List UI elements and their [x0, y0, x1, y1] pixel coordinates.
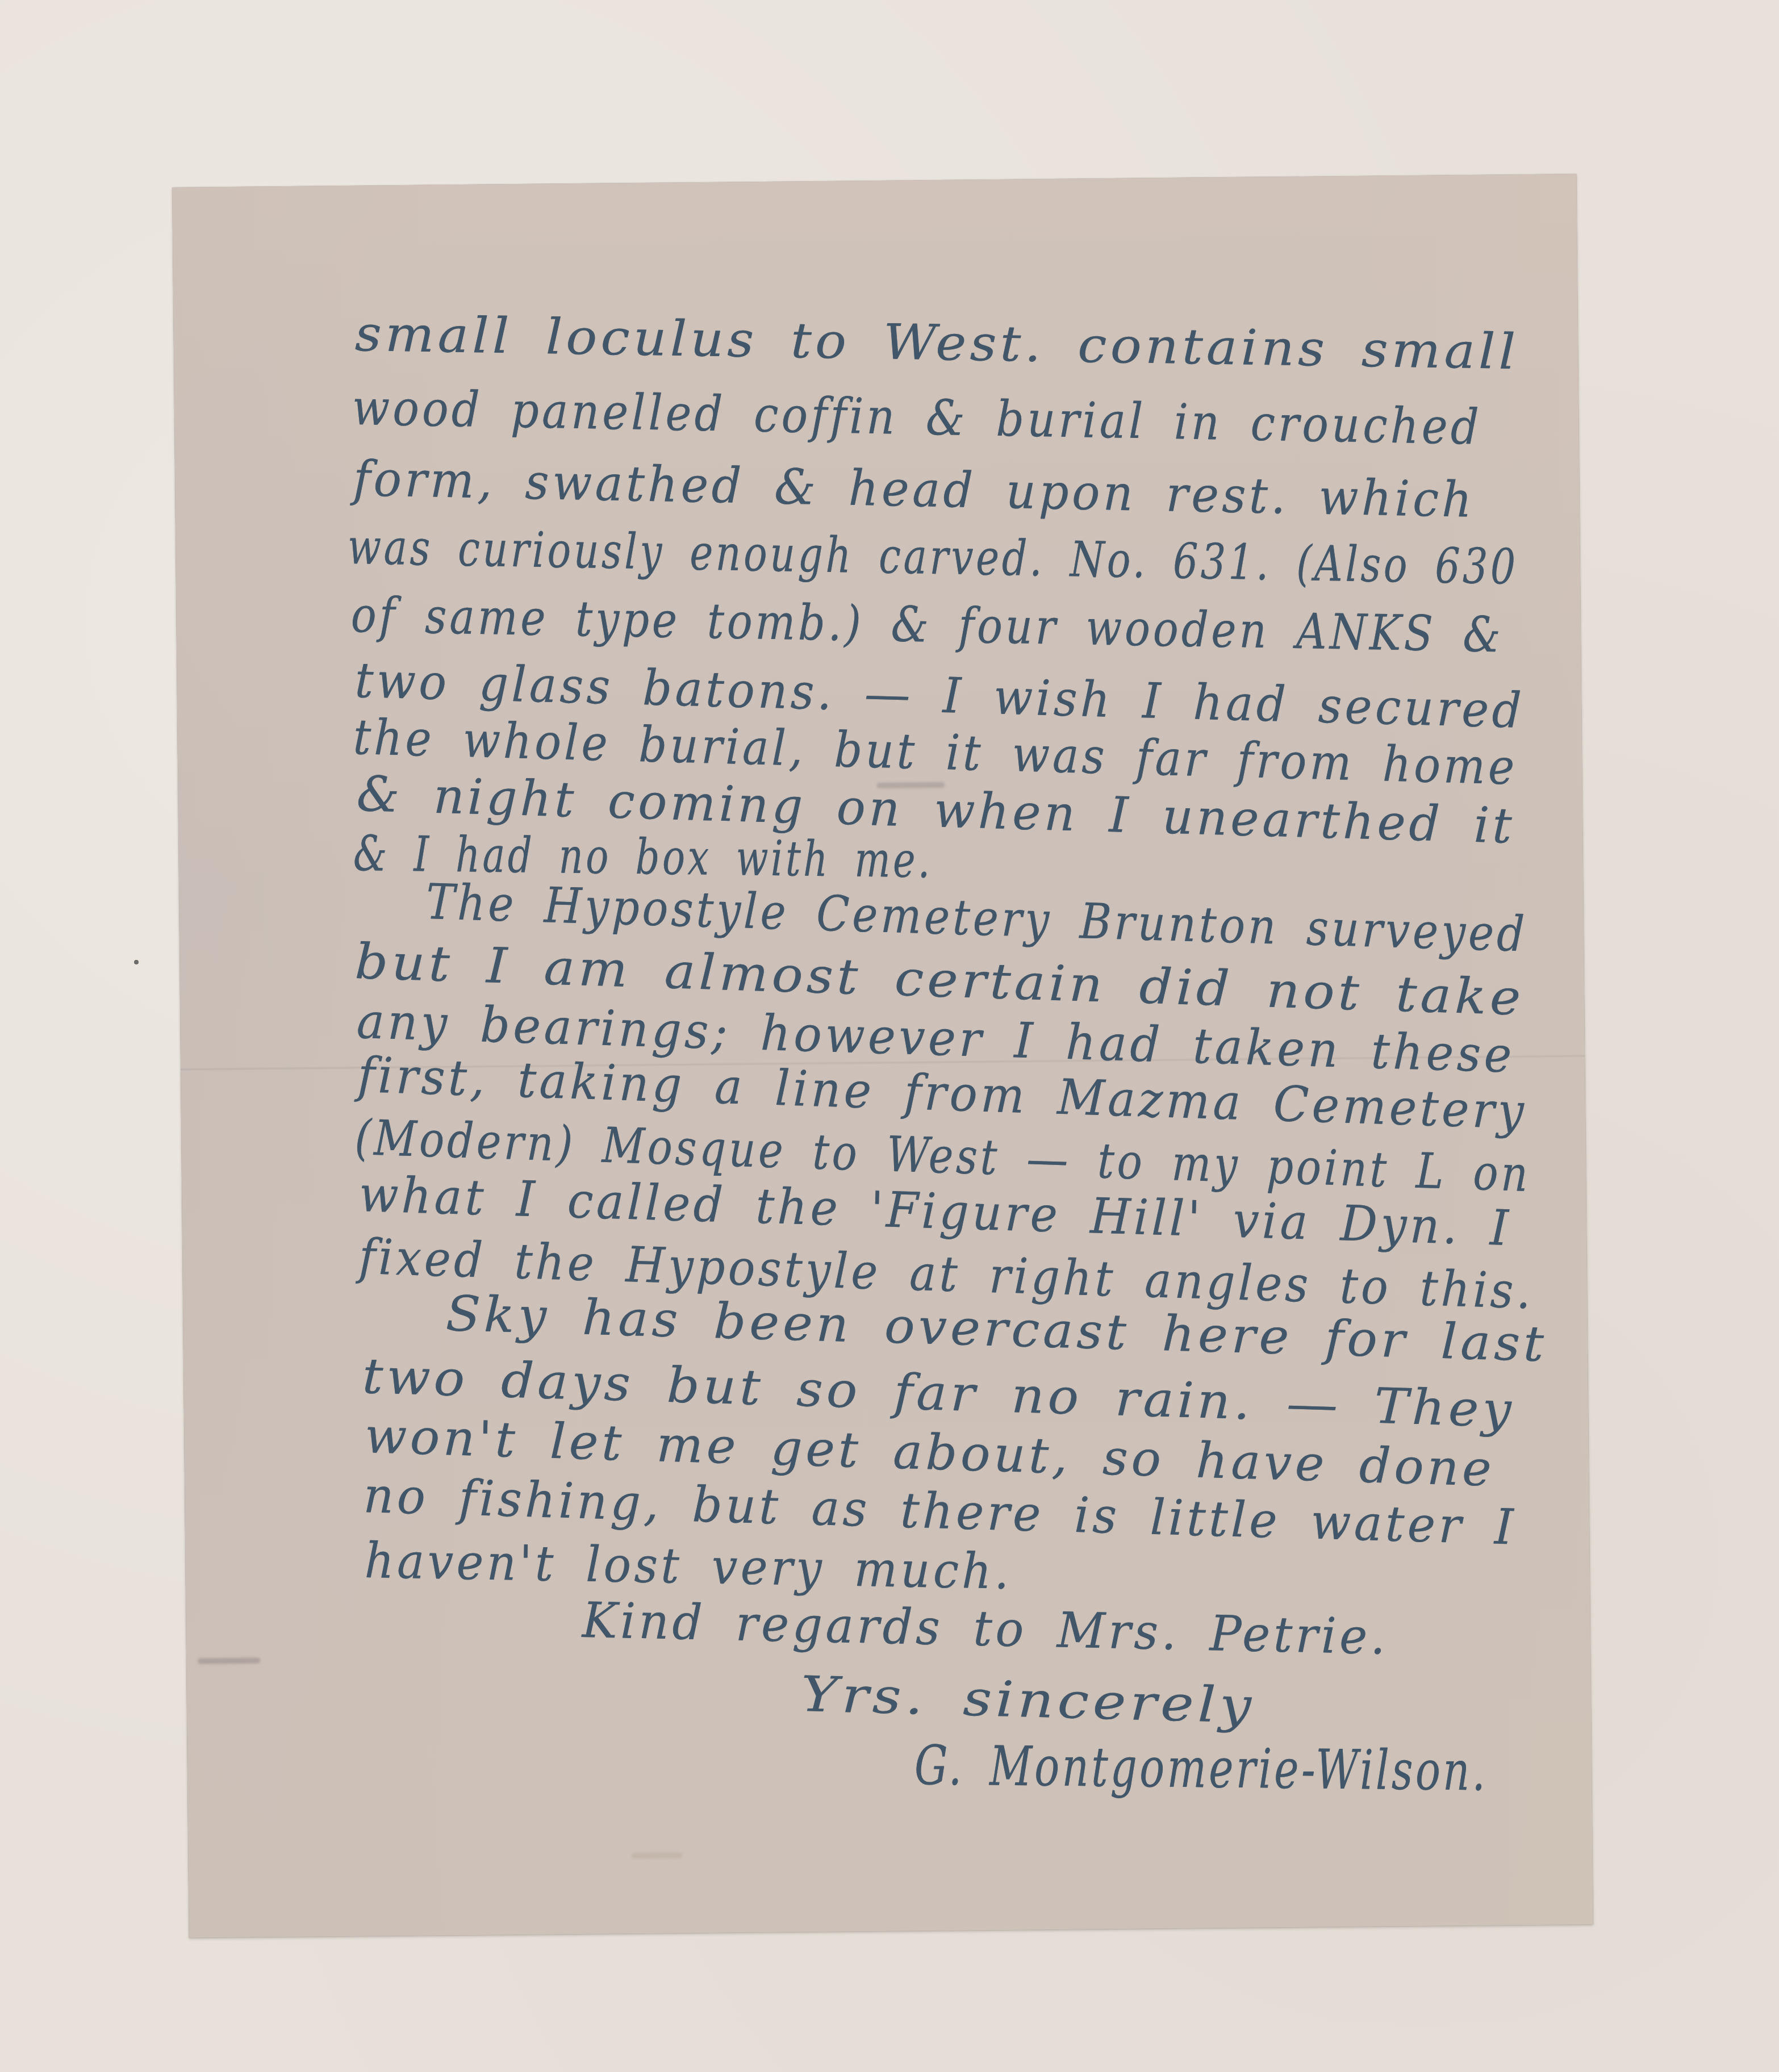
mount-speck [134, 960, 139, 964]
handwritten-line: Kind regards to Mrs. Petrie. [582, 1596, 1389, 1662]
handwritten-line: of same type tomb.) & four wooden ANKS & [350, 591, 1504, 659]
handwritten-line: was curiously enough carved. No. 631. (A… [347, 523, 1518, 592]
handwritten-line: form, swathed & head upon rest. which [353, 454, 1476, 525]
handwritten-line: Yrs. sincerely [800, 1670, 1256, 1731]
signature: G. Montgomerie-Wilson. [914, 1738, 1488, 1799]
handwritten-line: small loculus to West. contains small [354, 310, 1519, 377]
handwritten-line: wood panelled coffin & burial in crouche… [352, 383, 1482, 452]
letter-text: small loculus to West. contains smallwoo… [0, 0, 1779, 2072]
handwritten-line: haven't lost very much. [364, 1536, 1012, 1597]
